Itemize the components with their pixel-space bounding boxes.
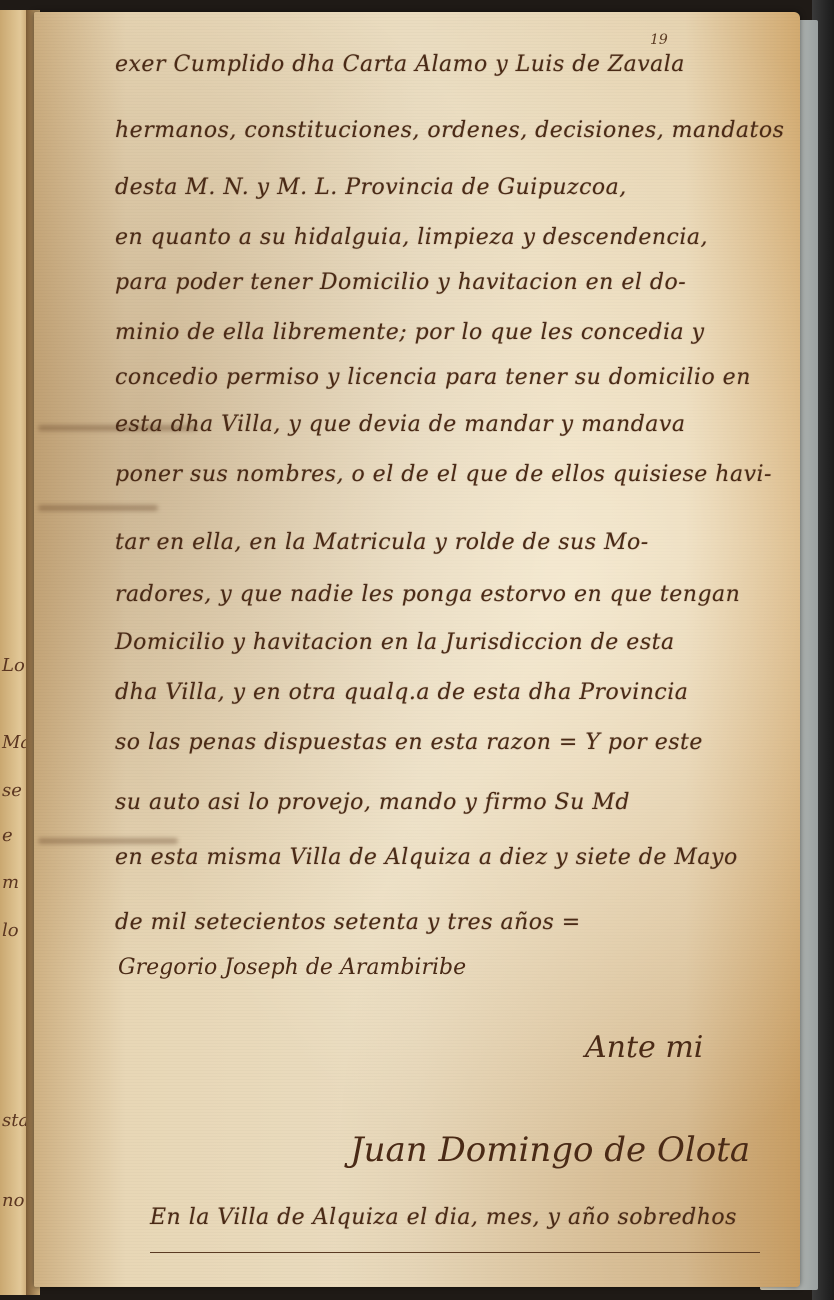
text-line: so las penas dispuestas en esta razon = … <box>115 730 703 755</box>
text-line: tar en ella, en la Matricula y rolde de … <box>115 530 649 555</box>
text-line: radores, y que nadie les ponga estorvo e… <box>115 582 740 607</box>
text-line: concedio permiso y licencia para tener s… <box>115 365 751 390</box>
left-page-fragment: no <box>2 1190 24 1211</box>
text-line: en quanto a su hidalguia, limpieza y des… <box>115 225 708 250</box>
text-line: para poder tener Domicilio y havitacion … <box>115 270 686 295</box>
text-line: en esta misma Villa de Alquiza a diez y … <box>115 845 738 870</box>
footer-line: En la Villa de Alquiza el dia, mes, y añ… <box>150 1205 737 1230</box>
text-line: su auto asi lo provejo, mando y firmo Su… <box>115 790 630 815</box>
text-line: de mil setecientos setenta y tres años = <box>115 910 581 935</box>
text-line: poner sus nombres, o el de el que de ell… <box>115 462 772 487</box>
text-line: desta M. N. y M. L. Provincia de Guipuzc… <box>115 175 627 200</box>
text-line: dha Villa, y en otra qualq.a de esta dha… <box>115 680 688 705</box>
text-line: exer Cumplido dha Carta Alamo y Luis de … <box>115 52 685 77</box>
left-page-fragment: se <box>2 780 22 801</box>
scribe-signature: Gregorio Joseph de Arambiribe <box>118 955 466 980</box>
left-page-fragment: lo <box>2 920 19 941</box>
text-line: esta dha Villa, y que devia de mandar y … <box>115 412 685 437</box>
ink-bleed-through <box>38 505 158 511</box>
closing-rule <box>150 1252 760 1253</box>
left-page-fragment: e <box>2 825 13 846</box>
left-page-fragment: m <box>2 872 19 893</box>
text-line: minio de ella libremente; por lo que les… <box>115 320 705 345</box>
ante-mi-signature: Ante mi <box>585 1030 703 1065</box>
ink-bleed-through <box>38 838 178 844</box>
notary-signature: Juan Domingo de Olota <box>350 1130 750 1170</box>
folio-number: 19 <box>650 32 668 48</box>
text-line: hermanos, constituciones, ordenes, decis… <box>115 118 784 143</box>
left-page-fragment: Lo <box>2 655 25 676</box>
text-line: Domicilio y havitacion en la Jurisdiccio… <box>115 630 675 655</box>
